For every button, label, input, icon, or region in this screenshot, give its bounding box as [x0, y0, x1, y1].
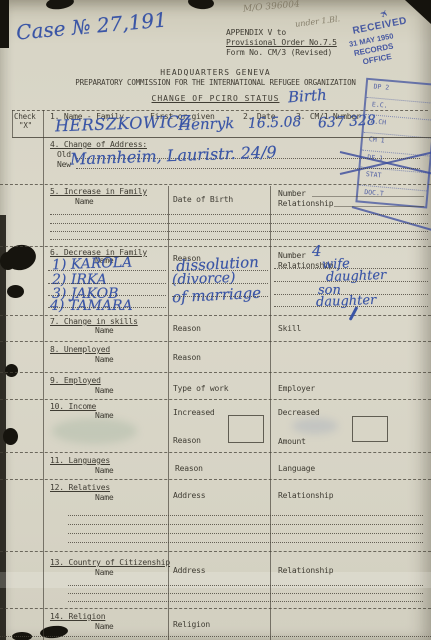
column-label: Relationship: [278, 199, 333, 208]
stain: [52, 418, 137, 444]
section10-title: 10. Income: [50, 402, 96, 411]
appendix-line: APPENDIX V to: [226, 28, 286, 37]
column-label: Relationship: [278, 491, 333, 500]
column-label: Number: [278, 189, 306, 198]
decreased-checkbox: [352, 416, 388, 442]
column-label: Amount: [278, 437, 306, 446]
column-label: Decreased: [278, 408, 320, 417]
column-label: Name: [95, 386, 113, 395]
section14-title: 14. Religion: [50, 612, 105, 621]
dotted-line: [274, 268, 428, 269]
scanned-form-page: Case № 27,191 M/O 396004 under 1.Bl. ✈ R…: [0, 0, 431, 640]
dotted-line: [50, 214, 428, 215]
pencil-note: under 1.Bl.: [295, 14, 341, 28]
x-mark: [338, 150, 431, 176]
dotted-line: [50, 223, 428, 224]
column-label: Relationship: [278, 566, 333, 575]
section-separator: [0, 399, 431, 400]
dotted-line: [68, 533, 423, 534]
fill-line: [312, 196, 424, 197]
tape-blot: [3, 428, 18, 445]
pencil-note: M/O 396004: [243, 0, 300, 14]
dotted-line: [172, 283, 268, 284]
dotted-line: [68, 585, 423, 586]
column-label: Skill: [278, 324, 301, 333]
check-column-label: "X": [19, 121, 32, 130]
dotted-line: [68, 593, 423, 594]
rule-line: [12, 110, 13, 137]
dotted-line: [48, 283, 166, 284]
section13-title: 13. Country of Citizenship: [50, 558, 170, 567]
check-column-label: Check: [14, 112, 36, 121]
provisional-order-line: Provisional Order No.7.5: [226, 38, 337, 47]
column-label: Name: [95, 355, 113, 364]
tape-blot: [0, 252, 16, 270]
column-label: Increased: [173, 408, 215, 417]
cm-number-value: 637 328: [318, 112, 377, 131]
form-number-line: Form No. CM/3 (Revised): [226, 48, 332, 57]
dotted-line: [68, 515, 423, 516]
section8-title: 8. Unemployed: [50, 345, 110, 354]
dotted-line: [274, 294, 428, 295]
dotted-line: [68, 542, 423, 543]
column-label: Address: [173, 566, 205, 575]
column-label: Name: [75, 197, 93, 206]
section-separator: [0, 452, 431, 453]
section-separator: [0, 479, 431, 480]
column-label: Reason: [175, 464, 203, 473]
dotted-line: [172, 270, 268, 271]
section12-title: 12. Relatives: [50, 483, 110, 492]
dotted-line: [274, 281, 428, 282]
rule-line: [12, 110, 428, 111]
section-separator: [0, 246, 431, 247]
dotted-line: [0, 636, 431, 637]
section-separator: [0, 372, 431, 373]
status-note-handwriting: Birth: [287, 86, 327, 107]
section7-title: 7. Change in skills: [50, 317, 138, 326]
dotted-line: [68, 601, 423, 602]
section11-title: 11. Languages: [50, 456, 110, 465]
tape-blot: [5, 364, 18, 377]
column-label: Date of Birth: [173, 195, 233, 204]
decrease-relationship: daughter: [316, 293, 377, 310]
column-label: Reason: [173, 324, 201, 333]
column-label: Address: [173, 491, 205, 500]
section-separator: [0, 315, 431, 316]
column-label: Religion: [173, 620, 210, 629]
dotted-line: [172, 296, 268, 297]
section5-title: 5. Increase in Family: [50, 187, 147, 196]
name-given-value: Henryk: [178, 114, 235, 134]
column-label: Name: [95, 493, 113, 502]
column-label: Number: [278, 251, 306, 260]
section-separator: [0, 341, 431, 342]
fill-line: [334, 206, 424, 207]
column-label: Name: [95, 411, 113, 420]
dotted-line: [50, 239, 428, 240]
rule-line: [168, 186, 169, 640]
section-separator: [0, 551, 431, 552]
case-number-handwriting: Case № 27,191: [15, 7, 167, 44]
ink-blot: [45, 0, 74, 11]
dotted-line: [76, 168, 420, 169]
column-label: Name: [95, 466, 113, 475]
column-label: Reason: [173, 436, 201, 445]
dotted-line: [48, 307, 166, 308]
date-value: 16.5.08: [248, 114, 302, 132]
column-label: Name: [95, 622, 113, 631]
decrease-reason: of marriage: [172, 284, 262, 307]
column-label: Name: [95, 568, 113, 577]
dotted-line: [50, 231, 428, 232]
ink-blot: [187, 0, 214, 10]
old-address-label: Old: [57, 150, 71, 159]
increased-checkbox: [228, 415, 264, 443]
dotted-line: [274, 306, 428, 307]
received-stamp: ✈ RECEIVED 31 MAY 1950 RECORDS OFFICE: [342, 0, 431, 68]
decrease-name: 4) TAMARA: [50, 298, 133, 314]
page-edge-damage: [0, 0, 9, 48]
column-label: Name: [95, 326, 113, 335]
rule-line: [12, 137, 431, 138]
routing-stamp-box: DP 2 E.C. A.CH CM 1 DF 1 STAT DOC.T: [355, 78, 431, 209]
stain: [292, 418, 338, 434]
tape-blot: [7, 285, 24, 298]
name-family-value: HERSZKOWICZ: [55, 112, 192, 136]
column-label: Type of work: [173, 384, 228, 393]
section-separator: [0, 184, 431, 185]
rule-line: [270, 186, 271, 640]
dotted-line: [68, 524, 423, 525]
column-label: Language: [278, 464, 315, 473]
section-separator: [0, 608, 431, 609]
dotted-line: [48, 295, 166, 296]
new-address-label: New: [57, 160, 71, 169]
dotted-line: [48, 270, 166, 271]
section9-title: 9. Employed: [50, 376, 101, 385]
rule-line: [43, 110, 44, 640]
column-label: Employer: [278, 384, 315, 393]
column-label: Reason: [173, 353, 201, 362]
headquarters-line: HEADQUARTERS GENEVA: [0, 68, 431, 77]
decrease-number-value: 4: [312, 242, 322, 260]
